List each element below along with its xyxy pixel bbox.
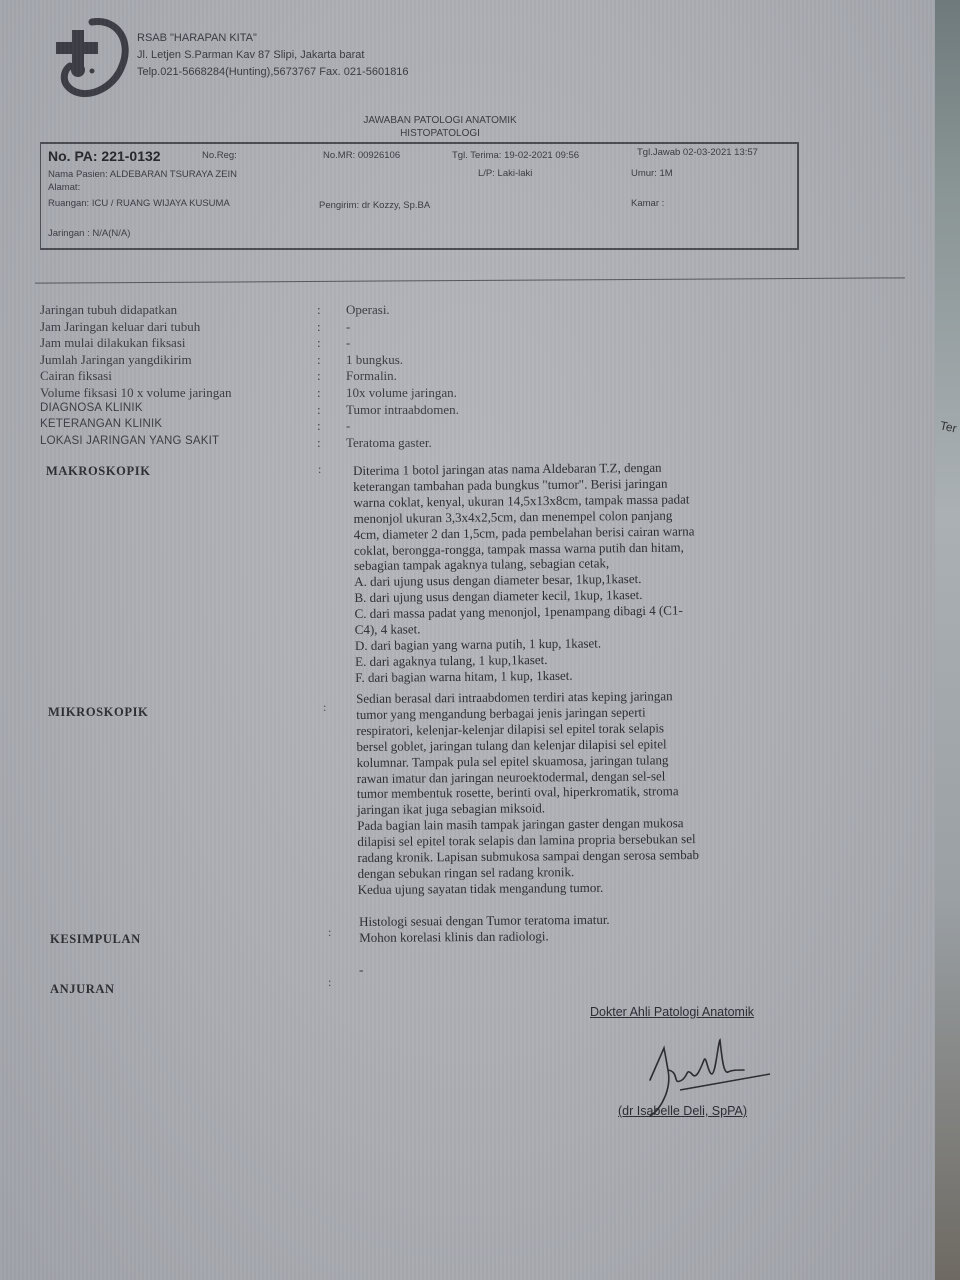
hospital-logo-icon xyxy=(48,14,130,102)
field-colon: : xyxy=(317,435,321,451)
mikroskopik-colon: : xyxy=(323,700,326,715)
report-title-sub: HISTOPATOLOGI xyxy=(300,127,580,140)
section-divider xyxy=(35,277,905,283)
field-value: Tumor intraabdomen. xyxy=(346,402,459,418)
reg-number: No.Reg: xyxy=(202,150,237,161)
field-value: Formalin. xyxy=(346,368,397,384)
chamber: Kamar : xyxy=(631,198,664,209)
mikroskopik-line: Sedian berasal dari intraabdomen terdiri… xyxy=(356,688,698,707)
kesimpulan-line: Histologi sesuai dengan Tumor teratoma i… xyxy=(359,912,610,930)
field-label: DIAGNOSA KLINIK xyxy=(40,402,143,414)
field-value: - xyxy=(346,319,350,335)
kesimpulan-text: Histologi sesuai dengan Tumor teratoma i… xyxy=(359,912,610,946)
field-label: LOKASI JARINGAN YANG SAKIT xyxy=(40,435,219,447)
hospital-info: RSAB "HARAPAN KITA" Jl. Letjen S.Parman … xyxy=(137,30,409,81)
mikroskopik-line: radang kronik. Lapisan submukosa sampai … xyxy=(357,847,699,866)
field-value: 10x volume jaringan. xyxy=(346,385,457,401)
field-label: Jam mulai dilakukan fiksasi xyxy=(40,335,186,351)
hospital-name: RSAB "HARAPAN KITA" xyxy=(137,30,409,47)
patient-info-box: No. PA: 221-0132 No.Reg: No.MR: 00926106… xyxy=(40,142,799,250)
hospital-address: Jl. Letjen S.Parman Kav 87 Slipi, Jakart… xyxy=(137,47,409,64)
mikroskopik-text: Sedian berasal dari intraabdomen terdiri… xyxy=(356,688,699,898)
anjuran-colon: : xyxy=(328,975,331,990)
field-label: KETERANGAN KLINIK xyxy=(40,418,162,430)
field-colon: : xyxy=(317,335,321,351)
report-page: RSAB "HARAPAN KITA" Jl. Letjen S.Parman … xyxy=(0,0,935,1280)
field-value: Operasi. xyxy=(346,302,390,318)
mikroskopik-line: Kedua ujung sayatan tidak mengandung tum… xyxy=(358,879,700,898)
anjuran-value: - xyxy=(359,962,363,978)
field-value: - xyxy=(346,418,350,434)
mikroskopik-label: MIKROSKOPIK xyxy=(48,705,148,720)
patient-name: Nama Pasien: ALDEBARAN TSURAYA ZEIN xyxy=(48,169,237,180)
answered-date: Tgl.Jawab 02-03-2021 13:57 xyxy=(637,147,758,158)
mr-number: No.MR: 00926106 xyxy=(323,150,400,161)
field-label: Volume fiksasi 10 x volume jaringan xyxy=(40,385,231,401)
report-title-main: JAWABAN PATOLOGI ANATOMIK xyxy=(300,114,580,127)
field-colon: : xyxy=(317,368,321,384)
makroskopik-text: Diterima 1 botol jaringan atas nama Alde… xyxy=(353,459,696,685)
field-colon: : xyxy=(317,319,321,335)
report-title: JAWABAN PATOLOGI ANATOMIK HISTOPATOLOGI xyxy=(300,114,580,140)
sender: Pengirim: dr Kozzy, Sp.BA xyxy=(319,200,430,211)
field-value: Teratoma gaster. xyxy=(346,435,432,451)
anjuran-label: ANJURAN xyxy=(50,982,115,997)
field-colon: : xyxy=(317,302,321,318)
field-label: Jumlah Jaringan yangdikirim xyxy=(40,352,192,368)
field-label: Cairan fiksasi xyxy=(40,368,112,384)
kesimpulan-label: KESIMPULAN xyxy=(50,932,141,947)
room: Ruangan: ICU / RUANG WIJAYA KUSUMA xyxy=(48,198,230,209)
makroskopik-line: F. dari bagian warna hitam, 1 kup, 1kase… xyxy=(355,666,696,685)
field-value: 1 bungkus. xyxy=(346,352,403,368)
field-label: Jaringan tubuh didapatkan xyxy=(40,302,177,318)
received-date: Tgl. Terima: 19-02-2021 09:56 xyxy=(452,150,579,161)
kesimpulan-line: Mohon korelasi klinis dan radiologi. xyxy=(359,928,610,946)
tissue: Jaringan : N/A(N/A) xyxy=(48,228,130,239)
field-colon: : xyxy=(317,418,321,434)
makroskopik-label: MAKROSKOPIK xyxy=(46,464,151,479)
makroskopik-colon: : xyxy=(318,462,321,477)
kesimpulan-colon: : xyxy=(328,925,331,940)
patient-address: Alamat: xyxy=(48,182,80,193)
field-label: Jam Jaringan keluar dari tubuh xyxy=(40,319,200,335)
pa-number: No. PA: 221-0132 xyxy=(48,148,161,164)
field-colon: : xyxy=(317,385,321,401)
hospital-phone: Telp.021-5668284(Hunting),5673767 Fax. 0… xyxy=(137,64,409,81)
patient-sex: L/P: Laki-laki xyxy=(478,168,532,179)
signer-title: Dokter Ahli Patologi Anatomik xyxy=(590,1005,754,1019)
signer-name: (dr Isabelle Deli, SpPA) xyxy=(618,1104,747,1118)
field-value: - xyxy=(346,335,350,351)
field-colon: : xyxy=(317,352,321,368)
patient-age: Umur: 1M xyxy=(631,168,673,179)
field-colon: : xyxy=(317,402,321,418)
